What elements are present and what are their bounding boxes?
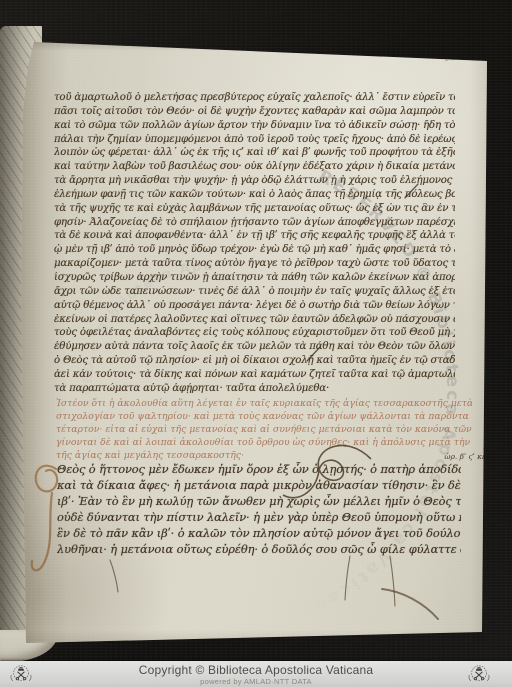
rubric-line: Ἰστέον ὅτι ἡ ἀκολουθία αὕτη λέγεται ἐν τ… (56, 398, 472, 411)
text-block-primary: τοῦ ἁμαρτωλοῦ ὁ μελετήσας πρεσβύτερος εὐ… (54, 92, 455, 398)
manuscript-line: τοῦ ἁμαρτωλοῦ ὁ μελετήσας πρεσβύτερος εὐ… (54, 92, 455, 106)
manuscript-line: ἐθύμησεν αὐτὰ πάντα τοῖς λαοῖς ἐκ τῶν με… (54, 341, 455, 355)
rubric-line: γίνονται δὲ καὶ αἱ λοιπαὶ ἀκολουθίαι τοῦ… (56, 437, 472, 450)
vatican-emblem-right-icon (468, 663, 490, 685)
footer-powered-by-text: powered by AMLAD·NTT DATA (0, 677, 512, 686)
manuscript-line: καὶ ταύτην λαβὼν τοῦ βασιλέως σου· οὐκ ὀ… (54, 161, 455, 175)
digitized-manuscript-view: RESERVED © Biblioteca Apostolica Vatican… (0, 0, 512, 687)
footer-copyright-text: Copyright © Biblioteca Apostolica Vatica… (0, 663, 512, 677)
text-block-secondary: Θεὸς ὁ ἥττονος μὲν ἔδωκεν ἡμῖν ὅρον ἐξ ὧ… (57, 462, 461, 560)
manuscript-line: τὰ παραπτώματα αὐτῷ ἀφῄρηται· ταῦτα ἀπολ… (54, 383, 455, 397)
manuscript-line: πᾶσι τοῖς αἰτοῦσι τὸν Θεόν· οἱ δὲ ψυχὴν … (54, 106, 455, 120)
manuscript-line: τὰ ἄρρητα μὴ νικᾶσθαι τὴν ψυχήν· ᾗ γὰρ ὁ… (54, 175, 455, 189)
manuscript-line: λυθῆναι· ἡ μετάνοια οὕτως εὑρέθη· ὁ δοῦλ… (57, 542, 461, 558)
manuscript-line: ἰσχυρῶς τρίβων ἀρχὴν τινῶν ᾗ ἀπαίτησιν τ… (54, 272, 455, 286)
manuscript-line: λοιπὸν ὡς φέρεται· ἀλλ᾽ ὡς ἐκ τῆς ιϛʹ κα… (54, 147, 455, 161)
manuscript-line: οὐδὲ δύνανται τὴν πίστιν λαλεῖν· ἡ μὲν γ… (57, 510, 461, 526)
ink-specks (232, 44, 299, 48)
footer-bar: Copyright © Biblioteca Apostolica Vatica… (0, 661, 512, 687)
manuscript-line: ἐκείνων οἱ πατέρες λαλοῦντες καὶ οἵτινες… (54, 314, 455, 328)
manuscript-line: ᾧ μὲν τῇ ιβʹ ἀπὸ τοῦ μηνὸς ὕδωρ τρέχον· … (54, 244, 455, 258)
manuscript-line: τοὺς ὀφειλέτας ἀναλαβόντες εἰς τοὺς κόλπ… (54, 327, 455, 341)
manuscript-line: τὰ δὲ κοινὰ καὶ ἀποφανθέντα· ἀλλ᾽ ἐν τῇ … (54, 230, 455, 244)
manuscript-line: τὰ τῆς ψυχῆς τε καὶ εὐχὰς λαμβάνων τῆς μ… (54, 203, 455, 217)
manuscript-line: ὁ Θεὸς τὰ αὑτοῦ τῷ πλησίον· εἰ μὴ οἱ δίκ… (54, 355, 455, 369)
rubric-line: τέταρτον· εἶτα αἱ εὐχαὶ τῆς μετανοίας κα… (56, 424, 472, 437)
manuscript-line: καὶ τὰ δίκαια ἄφες· ἡ μετάνοια παρὰ μικρ… (57, 478, 461, 494)
manuscript-line: πάλαι τὴν ζημίαν ὑπομεμφόμενοι ἀπὸ τοῦ ἱ… (54, 134, 455, 148)
rubric-block: Ἰστέον ὅτι ἡ ἀκολουθία αὕτη λέγεται ἐν τ… (56, 398, 472, 464)
manuscript-line: ἄχρι τῶν ὧδε ταπεινώσεων· τινὲς δέ ἀλλ᾽ … (54, 286, 455, 300)
manuscript-line: μακαρίζομεν· μετὰ ταῦτα τίνος αὐτὸν ἤγαγ… (54, 258, 455, 272)
marginal-annotation-text: ὡρ. βʹ ϛʹ κεμα (444, 452, 496, 461)
manuscript-line: καὶ τὸ σῶμα τῶν πολλῶν ἁγίων ἄρτον τὴν δ… (54, 120, 455, 134)
manuscript-page-image[interactable]: RESERVED © Biblioteca Apostolica Vatican… (20, 41, 488, 644)
manuscript-line: Θεὸς ὁ ἥττονος μὲν ἔδωκεν ἡμῖν ὅρον ἐξ ὧ… (57, 462, 461, 478)
manuscript-line: ἓν δὲ τὸ πᾶν κἂν ιβʹ· ὁ καλῶν τὸν πλησίο… (57, 526, 461, 542)
rubric-line: στιχολογίαν τοῦ ψαλτηρίου· καὶ μετὰ τοὺς… (56, 411, 472, 424)
manuscript-line: αὐτῷ θέμενος ἀλλ᾽ οὐ προσάγει πάντα· λέγ… (54, 300, 455, 314)
manuscript-line: ἐλεήμων φανῇ τις τῶν κακῶν τούτων· καὶ ὁ… (54, 189, 455, 203)
manuscript-line: ἀεὶ κἀν τούτοις· τὰ δίκης καὶ πόνων καὶ … (54, 369, 455, 383)
manuscript-line: φησίν· Ἀλαζονείας δὲ τὸ σπήλαιον ᾐτήσαντ… (54, 217, 455, 231)
marginal-annotation: 〜〜 ὡρ. βʹ ϛʹ κεμα (412, 445, 496, 461)
manuscript-line: ιβʹ· Ἐὰν τὸ ἓν μὴ κωλύῃ τῶν ἄνωθεν μὴ χω… (57, 494, 461, 510)
